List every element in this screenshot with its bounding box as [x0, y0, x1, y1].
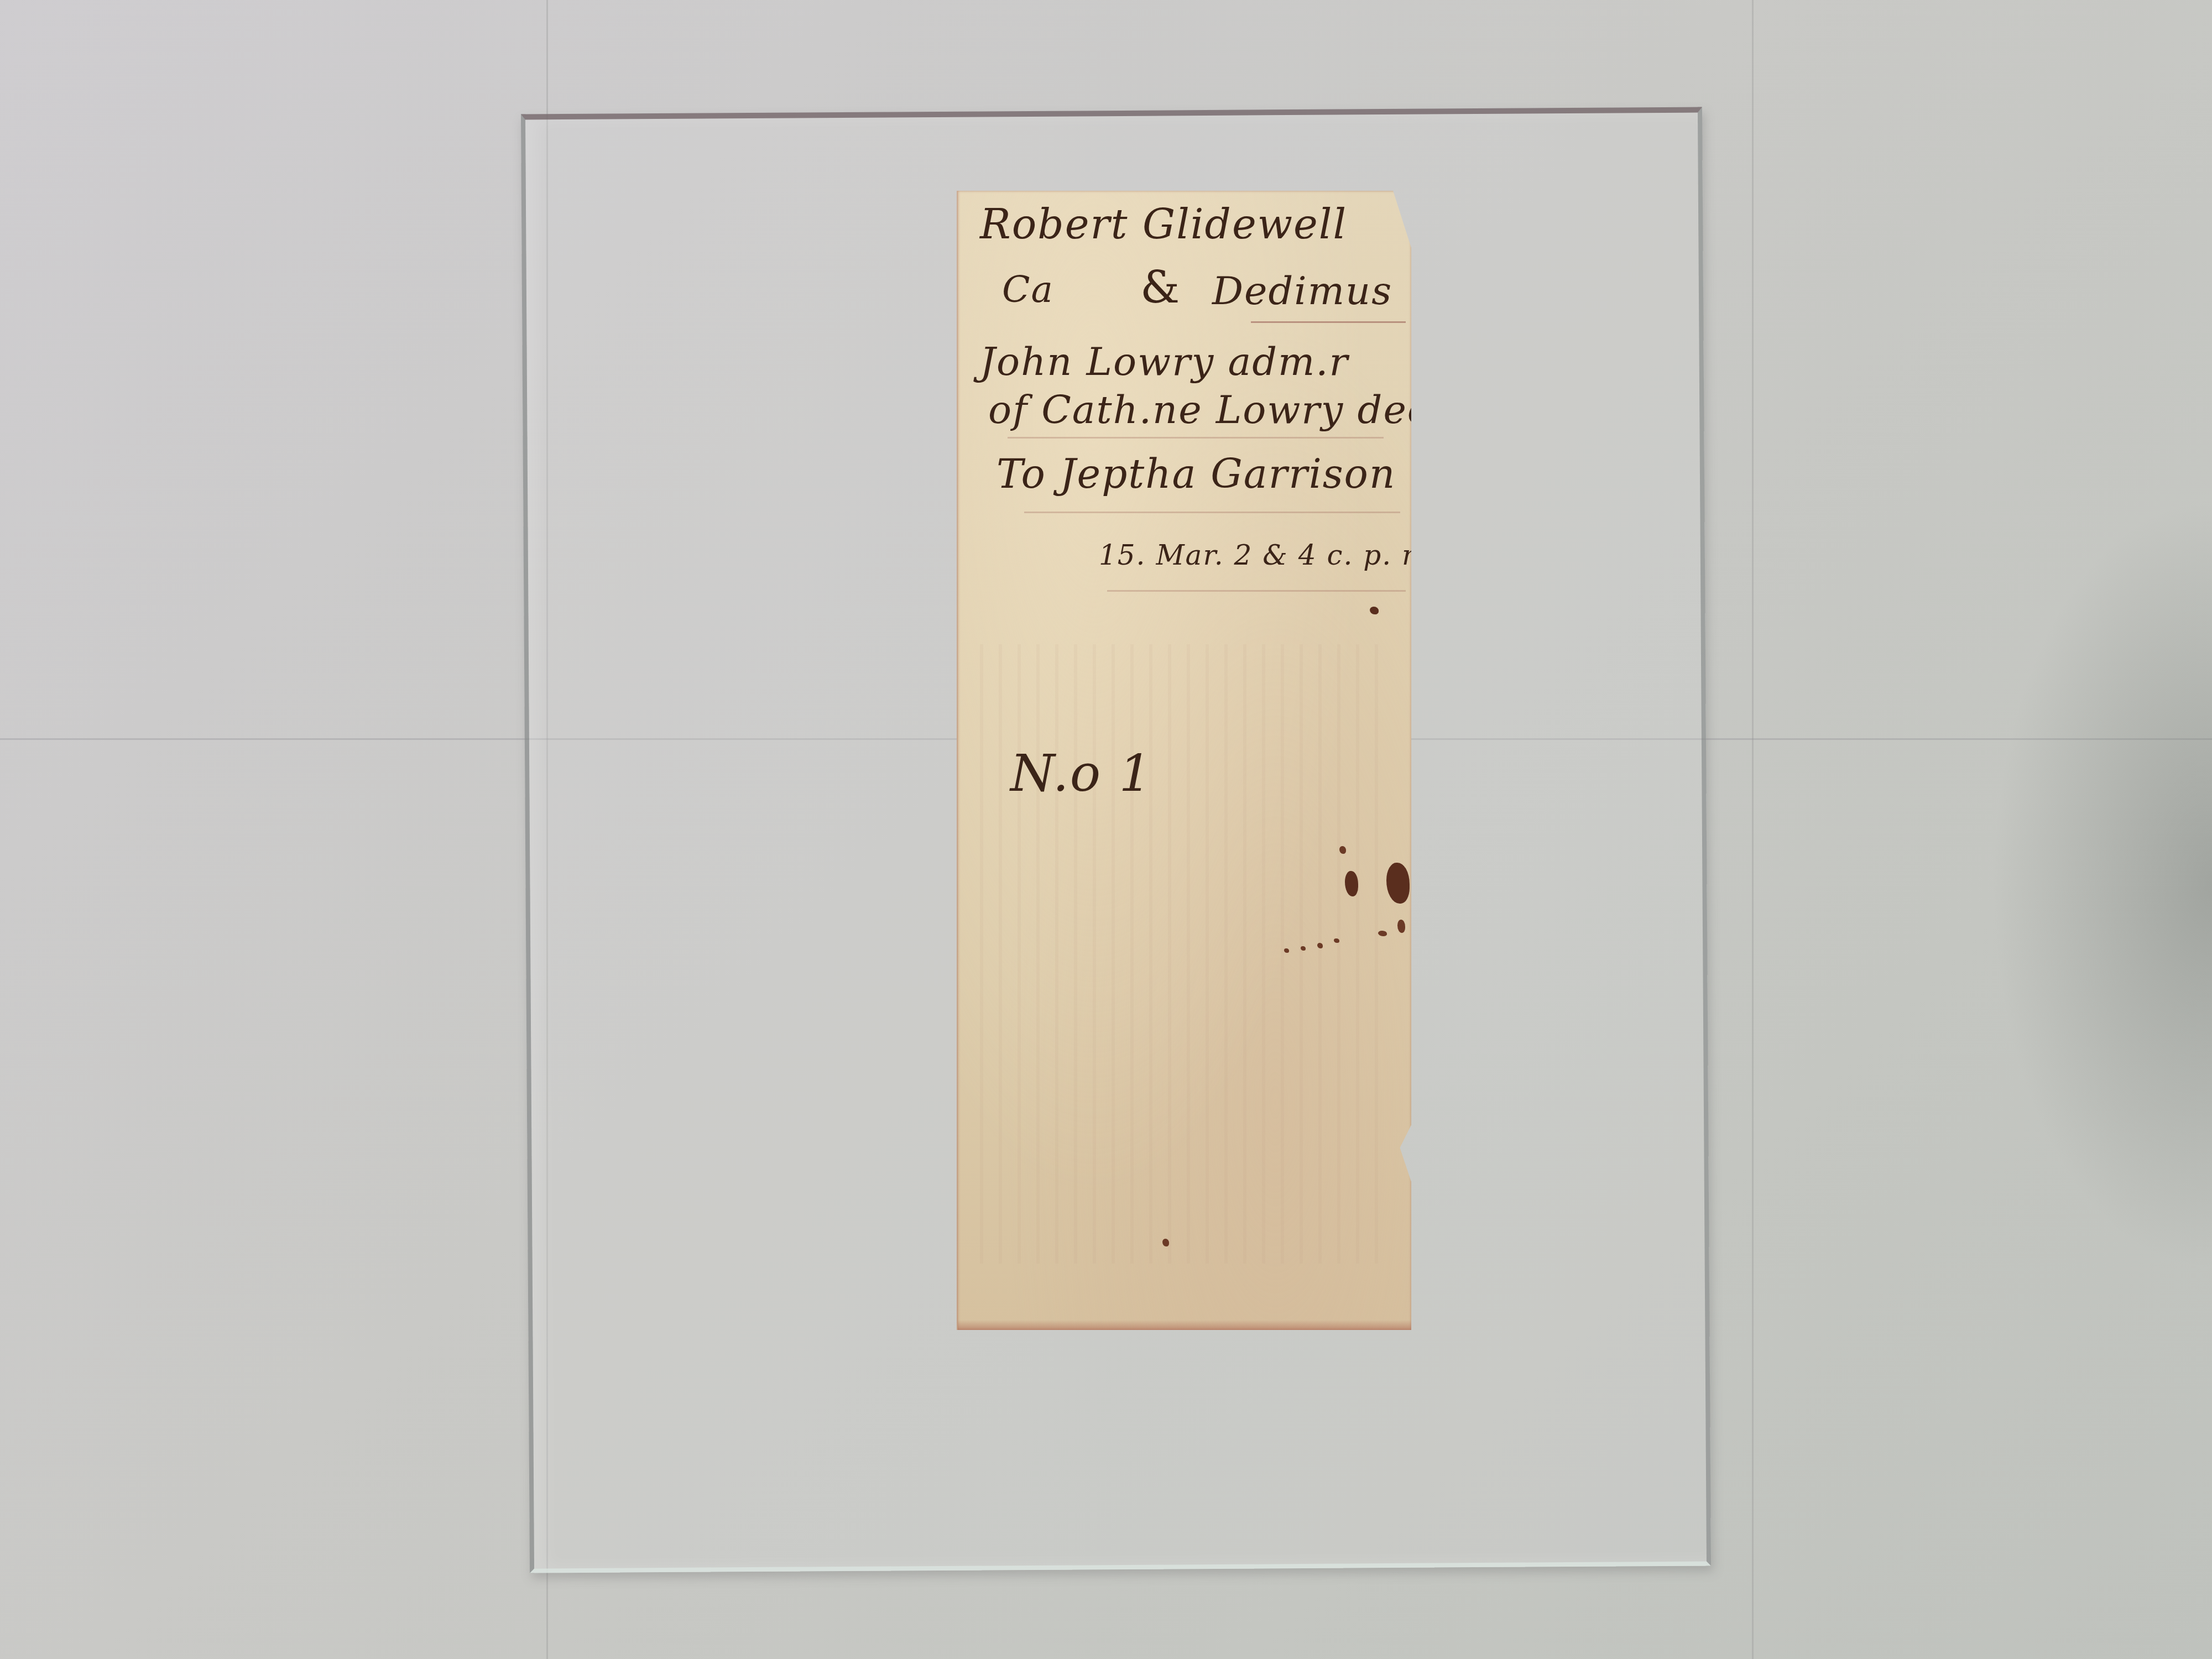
underline-defendant — [1008, 437, 1384, 439]
bracket-mark: & — [1140, 262, 1181, 313]
ink-stain-small — [1339, 846, 1346, 854]
number-label: N.o 1 — [1010, 744, 1152, 803]
ink-stain-small — [1334, 938, 1339, 943]
ink-stain-small — [1301, 946, 1306, 951]
ink-stain-small — [1397, 920, 1405, 933]
background-shadow — [1991, 498, 2212, 1272]
ink-stain-small — [1162, 1239, 1169, 1246]
writ-type: Dedimus — [1212, 268, 1392, 314]
defendant-line-1: John Lowry adm.r — [980, 339, 1349, 384]
bleed-through-text — [980, 644, 1389, 1264]
background-fold-line-right — [1752, 0, 1754, 1659]
date-note: 15. Mar. 2 & 4 c. p. m — [1099, 539, 1429, 571]
document-worn-edge — [958, 1320, 1411, 1330]
addressee: To Jeptha Garrison — [997, 451, 1396, 497]
plaintiff-name: Robert Glidewell — [980, 201, 1347, 248]
underline-addressee — [1024, 512, 1400, 513]
ink-stain-small — [1317, 943, 1323, 948]
historical-document: Robert Glidewell Ca & Dedimus John Lowry… — [957, 191, 1411, 1330]
case-abbreviation: Ca — [1002, 268, 1054, 311]
underline-date — [1107, 590, 1406, 592]
defendant-line-2: of Cath.ne Lowry dec.d — [988, 387, 1469, 432]
ink-stain-small — [1378, 931, 1387, 936]
ink-stain-large — [1386, 863, 1410, 904]
ink-stain-medium — [1345, 871, 1358, 896]
ink-dot — [1370, 607, 1379, 614]
underline-writ — [1251, 321, 1406, 323]
ink-stain-small — [1284, 948, 1289, 953]
